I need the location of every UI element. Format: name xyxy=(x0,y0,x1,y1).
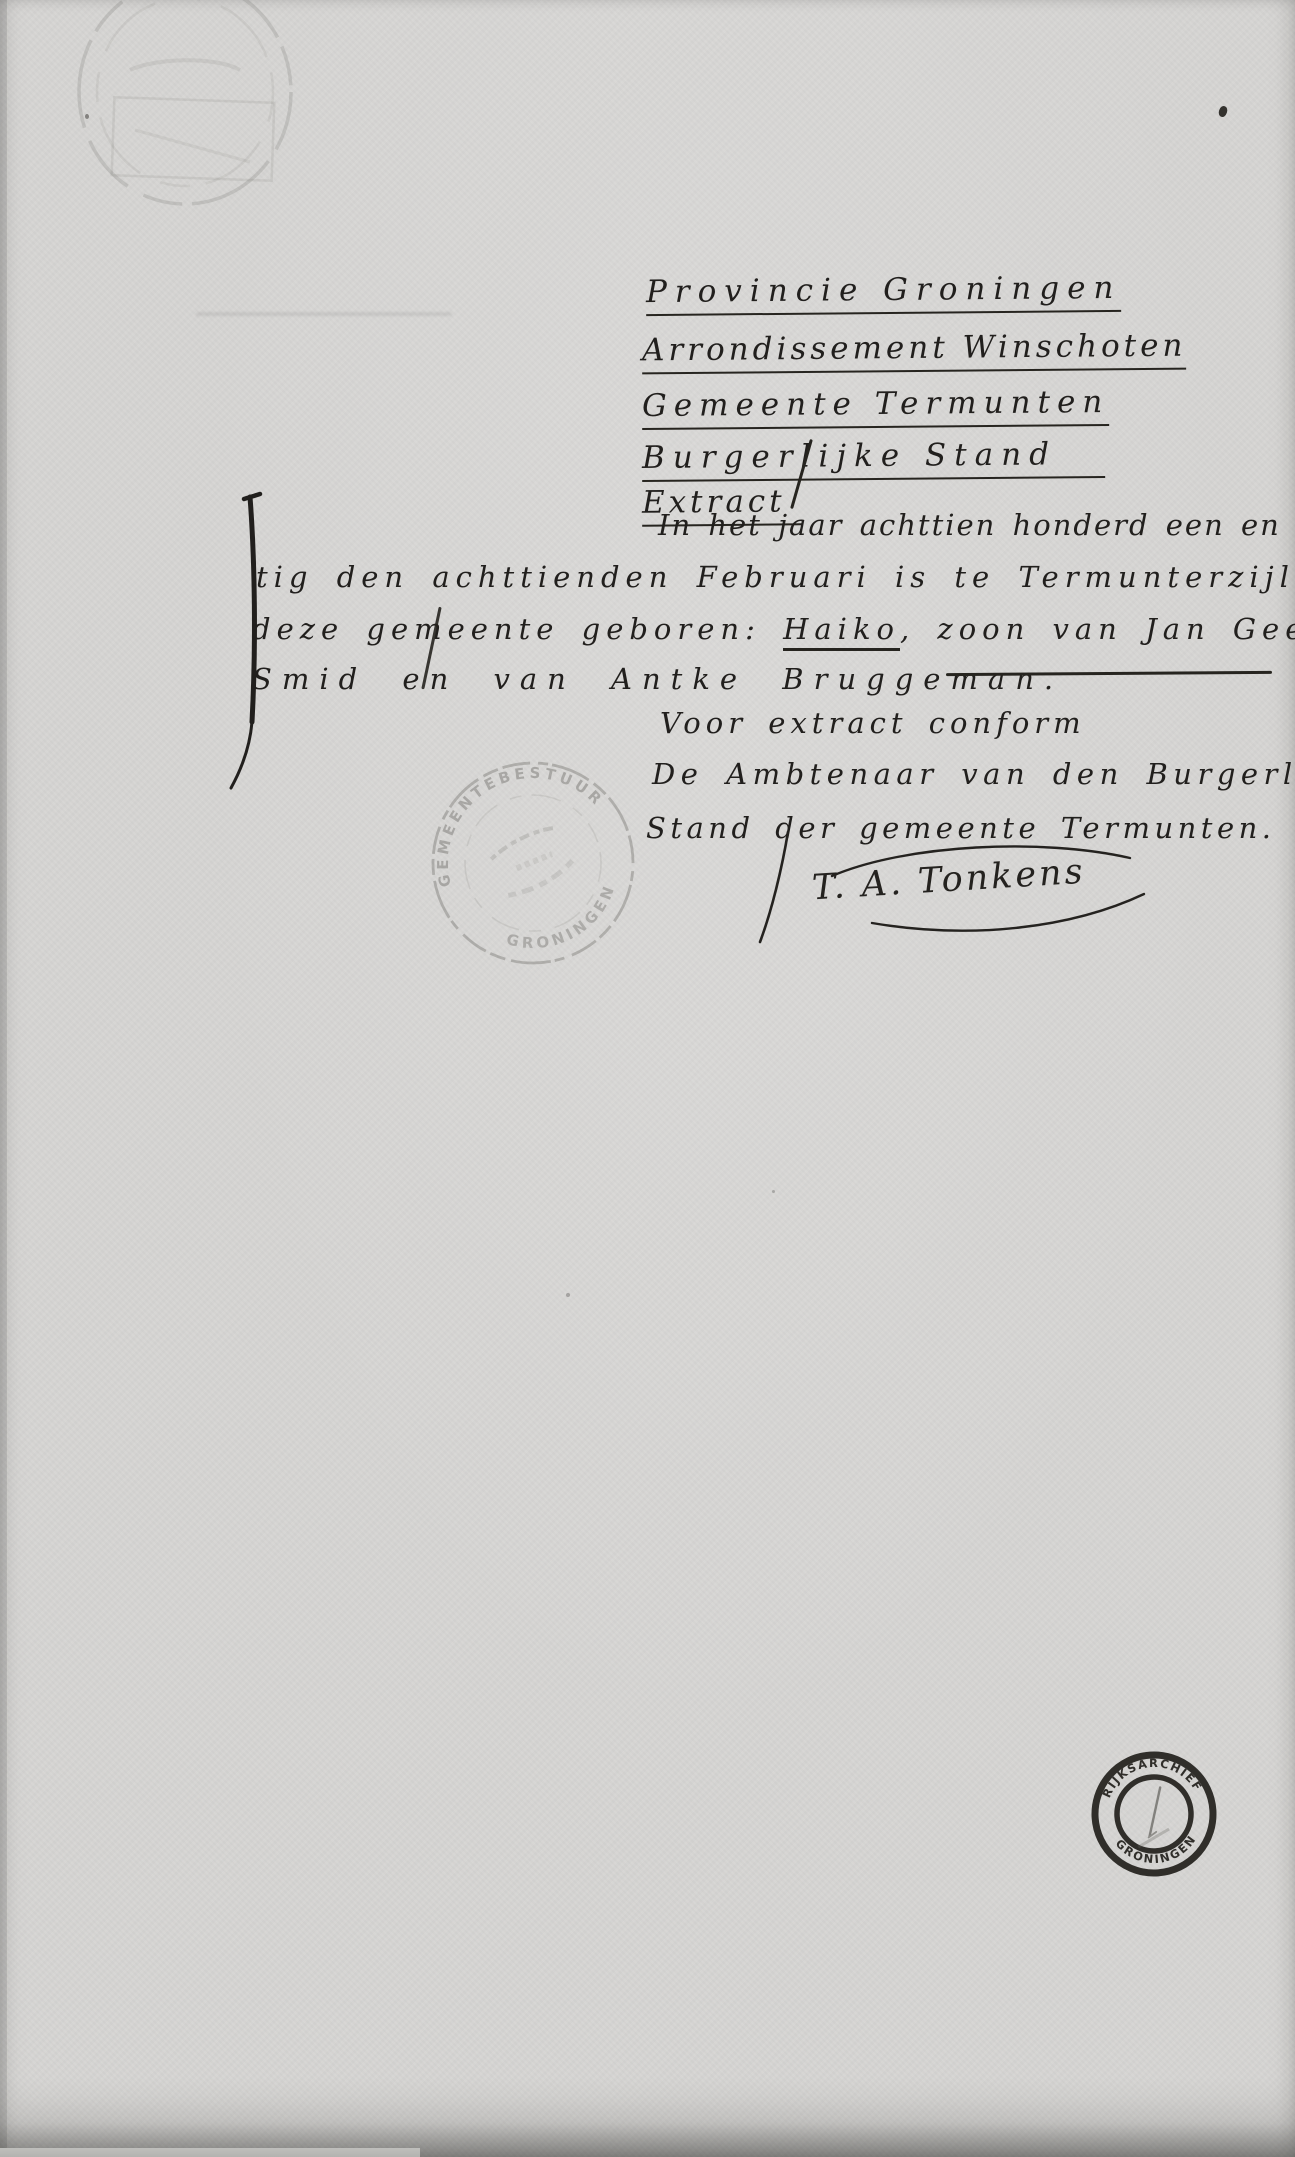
child-name: Haiko xyxy=(783,612,900,651)
paper-speck xyxy=(566,1293,570,1297)
body-line-4: Smid en van Antke Bruggeman. xyxy=(252,662,1063,696)
body-line-3-prefix: deze gemeente geboren: xyxy=(252,612,783,646)
header-line-arrondissement: Arrondissement Winschoten xyxy=(642,330,1186,372)
header-provincie-text: Provincie Groningen xyxy=(646,270,1122,316)
archive-stamp-center-mark-value: 1 xyxy=(1178,1815,1179,1816)
body-line-1-text: In het jaar achttien honderd een en zes. xyxy=(658,508,1295,542)
scanned-document-page: Provincie Groningen Arrondissement Winsc… xyxy=(0,0,1295,2157)
header-arrondissement-text: Arrondissement Winschoten xyxy=(642,328,1187,375)
body-line-3: deze gemeente geboren: Haiko, zoon van J… xyxy=(252,612,1295,651)
closing-line-2-text: De Ambtenaar van den Burgerlijken xyxy=(652,757,1295,791)
embossed-seal xyxy=(35,0,315,230)
body-line-2: tig den achttienden Februari is te Termu… xyxy=(256,560,1295,594)
paper-speck xyxy=(772,1190,775,1193)
pencil-smudge-line xyxy=(196,312,452,316)
margin-bracket xyxy=(222,482,282,812)
body-line-4-text: Smid en van Antke Bruggeman. xyxy=(252,662,1063,696)
scan-bottom-edge xyxy=(0,2148,420,2157)
header-line-provincie: Provincie Groningen xyxy=(646,272,1121,314)
pencil-numeral-stroke xyxy=(1146,1788,1163,1837)
closing-line-1: Voor extract conform xyxy=(660,706,1086,740)
scan-left-edge-shadow xyxy=(0,0,7,2157)
body-line-2-text: tig den achttienden Februari is te Termu… xyxy=(256,560,1295,594)
header-burgerlijke-stand-text: Burgerlijke Stand xyxy=(642,436,1105,482)
municipal-stamp: GEMEENTEBESTUUR GRONINGEN xyxy=(377,707,688,1018)
body-line-3-suffix: , zoon van Jan Geerts xyxy=(900,612,1295,646)
header-line-burgerlijke-stand: Burgerlijke Stand xyxy=(642,438,1105,480)
header-gemeente-text: Gemeente Termunten xyxy=(642,384,1110,430)
closing-line-2: De Ambtenaar van den Burgerlijken xyxy=(652,757,1295,791)
closing-line-1-text: Voor extract conform xyxy=(660,706,1086,740)
ink-speck xyxy=(1217,105,1228,118)
header-line-gemeente: Gemeente Termunten xyxy=(642,386,1109,428)
body-line-1: In het jaar achttien honderd een en zes. xyxy=(658,508,1295,542)
ink-speck xyxy=(85,114,89,119)
archive-stamp: RIJKSARCHIEF GRONINGEN 1 xyxy=(1084,1744,1225,1885)
